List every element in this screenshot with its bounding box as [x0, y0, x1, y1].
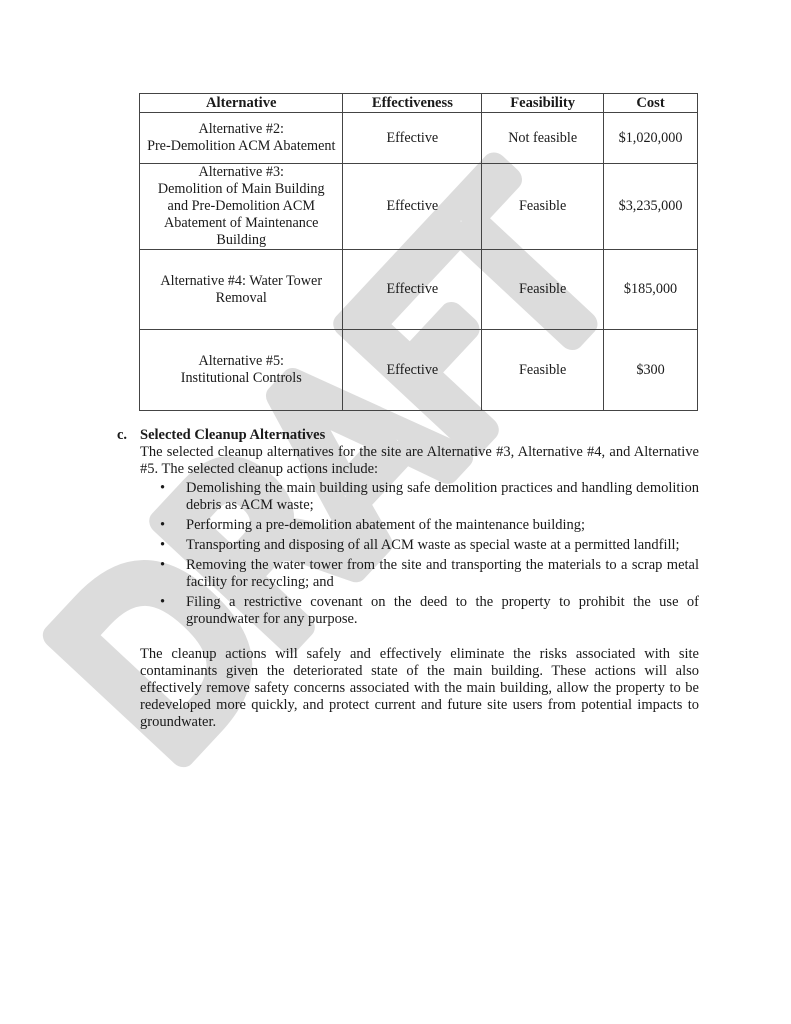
alternative-line: Building: [216, 232, 266, 248]
header-effectiveness: Effectiveness: [343, 94, 482, 113]
table-row: Alternative #3:Demolition of Main Buildi…: [140, 164, 698, 250]
section-heading: c. Selected Cleanup Alternatives: [117, 427, 699, 444]
action-text: Transporting and disposing of all ACM wa…: [186, 537, 680, 553]
document-page: DRAFT Alternative Effectiveness Feasibil…: [0, 0, 791, 1024]
action-text: Removing the water tower from the site a…: [186, 557, 699, 590]
bullet-icon: •: [160, 594, 165, 611]
bullet-icon: •: [160, 517, 165, 534]
cell-cost: $300: [604, 330, 698, 411]
table-row: Alternative #5:Institutional ControlsEff…: [140, 330, 698, 411]
alternative-line: Alternative #4: Water Tower: [160, 273, 322, 289]
table-row: Alternative #4: Water TowerRemovalEffect…: [140, 250, 698, 330]
cell-cost: $3,235,000: [604, 164, 698, 250]
alternative-line: and Pre-Demolition ACM: [168, 198, 315, 214]
cell-alternative: Alternative #3:Demolition of Main Buildi…: [140, 164, 343, 250]
alternative-line: Abatement of Maintenance: [164, 215, 318, 231]
cell-feasibility: Feasible: [482, 164, 604, 250]
section-title: Selected Cleanup Alternatives: [140, 427, 325, 443]
section-marker: c.: [117, 427, 127, 444]
alternative-line: Alternative #3:: [198, 164, 284, 180]
cell-alternative: Alternative #5:Institutional Controls: [140, 330, 343, 411]
alternative-line: Pre-Demolition ACM Abatement: [147, 138, 335, 154]
action-text: Demolishing the main building using safe…: [186, 480, 699, 513]
action-text: Filing a restrictive covenant on the dee…: [186, 594, 699, 627]
cell-effectiveness: Effective: [343, 164, 482, 250]
selected-cleanup-section: c. Selected Cleanup Alternatives The sel…: [117, 427, 699, 731]
section-body: The selected cleanup alternatives for th…: [117, 444, 699, 731]
cell-cost: $185,000: [604, 250, 698, 330]
list-item: •Removing the water tower from the site …: [186, 557, 699, 591]
header-feasibility: Feasibility: [482, 94, 604, 113]
list-item: •Demolishing the main building using saf…: [186, 480, 699, 514]
cell-alternative: Alternative #4: Water TowerRemoval: [140, 250, 343, 330]
header-cost: Cost: [604, 94, 698, 113]
alternative-line: Removal: [216, 290, 267, 306]
alternative-line: Institutional Controls: [181, 370, 302, 386]
cell-alternative: Alternative #2:Pre-Demolition ACM Abatem…: [140, 113, 343, 164]
header-alternative: Alternative: [140, 94, 343, 113]
bullet-icon: •: [160, 480, 165, 497]
list-item: •Performing a pre-demolition abatement o…: [186, 517, 699, 534]
action-text: Performing a pre-demolition abatement of…: [186, 517, 585, 533]
list-item: •Transporting and disposing of all ACM w…: [186, 537, 699, 554]
cell-feasibility: Not feasible: [482, 113, 604, 164]
alternative-line: Alternative #2:: [198, 121, 284, 137]
table-header-row: Alternative Effectiveness Feasibility Co…: [140, 94, 698, 113]
list-item: •Filing a restrictive covenant on the de…: [186, 594, 699, 628]
table-row: Alternative #2:Pre-Demolition ACM Abatem…: [140, 113, 698, 164]
cell-cost: $1,020,000: [604, 113, 698, 164]
cell-feasibility: Feasible: [482, 250, 604, 330]
cleanup-actions-list: •Demolishing the main building using saf…: [140, 480, 699, 628]
closing-paragraph: The cleanup actions will safely and effe…: [140, 646, 699, 731]
alternatives-table: Alternative Effectiveness Feasibility Co…: [139, 93, 698, 411]
alternative-line: Alternative #5:: [198, 353, 284, 369]
cell-effectiveness: Effective: [343, 113, 482, 164]
intro-paragraph: The selected cleanup alternatives for th…: [140, 444, 699, 478]
cell-effectiveness: Effective: [343, 330, 482, 411]
cell-feasibility: Feasible: [482, 330, 604, 411]
bullet-icon: •: [160, 557, 165, 574]
alternative-line: Demolition of Main Building: [158, 181, 325, 197]
bullet-icon: •: [160, 537, 165, 554]
cell-effectiveness: Effective: [343, 250, 482, 330]
